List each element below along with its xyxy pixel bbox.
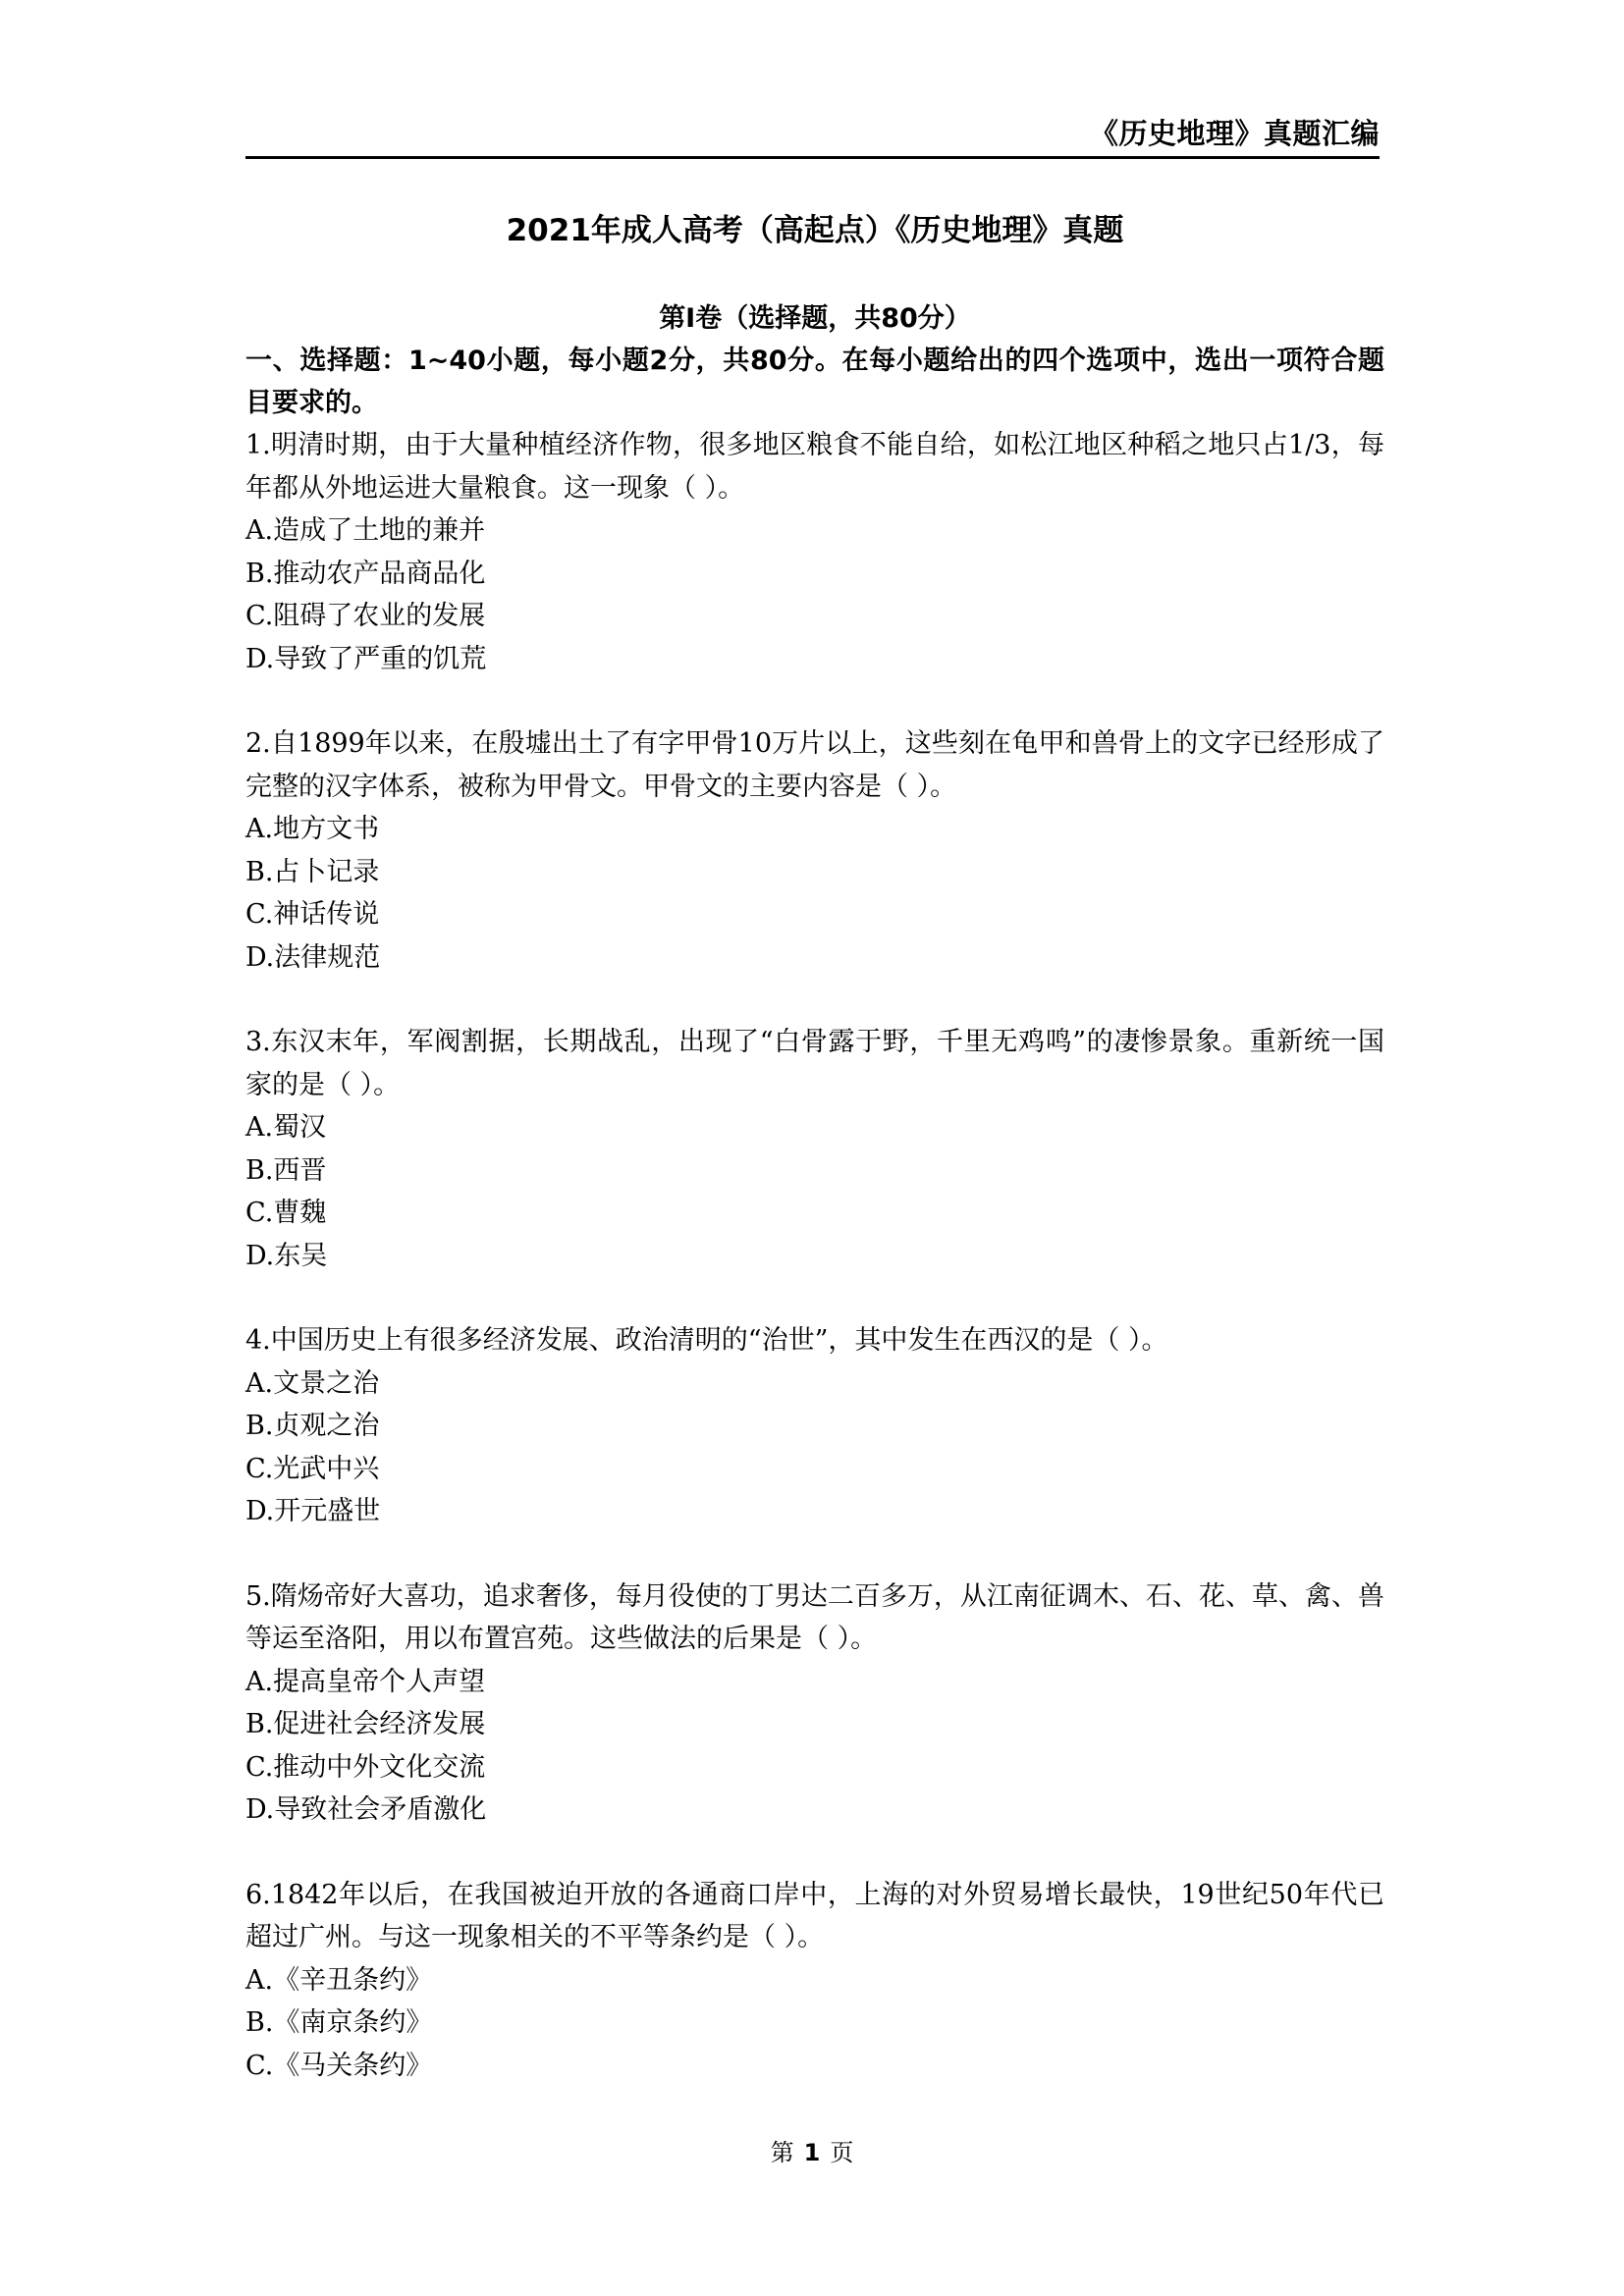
option-b: B.占卜记录 bbox=[245, 851, 1384, 894]
option-a: A.《辛丑条约》 bbox=[245, 1959, 1384, 2002]
option-c: C.光武中兴 bbox=[245, 1448, 1384, 1491]
question-stem: 6.1842年以后，在我国被迫开放的各通商口岸中，上海的对外贸易增长最快，19世… bbox=[245, 1874, 1384, 1959]
document-title: 2021年成人高考（高起点）《历史地理》真题 bbox=[245, 201, 1384, 260]
option-b: B.《南京条约》 bbox=[245, 2002, 1384, 2045]
header-divider bbox=[245, 156, 1380, 159]
option-b: B.西晋 bbox=[245, 1149, 1384, 1193]
question-6: 6.1842年以后，在我国被迫开放的各通商口岸中，上海的对外贸易增长最快，19世… bbox=[245, 1874, 1384, 2088]
page-label-prefix: 第 bbox=[771, 2139, 794, 2166]
option-d: D.开元盛世 bbox=[245, 1490, 1384, 1533]
document-page: 《历史地理》真题汇编 2021年成人高考（高起点）《历史地理》真题 第Ⅰ卷（选择… bbox=[0, 0, 1624, 2296]
option-a: A.造成了土地的兼并 bbox=[245, 509, 1384, 553]
question-stem: 2.自1899年以来，在殷墟出土了有字甲骨10万片以上，这些刻在龟甲和兽骨上的文… bbox=[245, 722, 1384, 808]
option-c: C.推动中外文化交流 bbox=[245, 1746, 1384, 1789]
option-b: B.促进社会经济发展 bbox=[245, 1703, 1384, 1746]
page-number: 1 bbox=[804, 2139, 821, 2166]
running-header: 《历史地理》真题汇编 bbox=[245, 116, 1380, 151]
option-a: A.蜀汉 bbox=[245, 1106, 1384, 1149]
option-c: C.神话传说 bbox=[245, 893, 1384, 936]
option-b: B.推动农产品商品化 bbox=[245, 553, 1384, 596]
section-instructions: 一、选择题：1~40小题，每小题2分，共80分。在每小题给出的四个选项中，选出一… bbox=[245, 340, 1384, 424]
option-a: A.文景之治 bbox=[245, 1362, 1384, 1406]
question-5: 5.隋炀帝好大喜功，追求奢侈，每月役使的丁男达二百多万，从江南征调木、石、花、草… bbox=[245, 1575, 1384, 1832]
page-footer: 第1页 bbox=[0, 2138, 1624, 2167]
question-1: 1.明清时期，由于大量种植经济作物，很多地区粮食不能自给，如松江地区种稻之地只占… bbox=[245, 424, 1384, 680]
question-stem: 5.隋炀帝好大喜功，追求奢侈，每月役使的丁男达二百多万，从江南征调木、石、花、草… bbox=[245, 1575, 1384, 1661]
question-stem: 1.明清时期，由于大量种植经济作物，很多地区粮食不能自给，如松江地区种稻之地只占… bbox=[245, 424, 1384, 509]
option-a: A.地方文书 bbox=[245, 808, 1384, 851]
option-d: D.东吴 bbox=[245, 1235, 1384, 1278]
question-2: 2.自1899年以来，在殷墟出土了有字甲骨10万片以上，这些刻在龟甲和兽骨上的文… bbox=[245, 722, 1384, 979]
option-c: C.《马关条约》 bbox=[245, 2045, 1384, 2088]
option-d: D.导致了严重的饥荒 bbox=[245, 638, 1384, 681]
question-stem: 4.中国历史上有很多经济发展、政治清明的“治世”，其中发生在西汉的是（ ）。 bbox=[245, 1319, 1384, 1362]
section-title: 第Ⅰ卷（选择题，共80分） bbox=[245, 297, 1384, 340]
option-d: D.法律规范 bbox=[245, 936, 1384, 980]
option-b: B.贞观之治 bbox=[245, 1405, 1384, 1448]
question-stem: 3.东汉末年，军阀割据，长期战乱，出现了“白骨露于野，千里无鸡鸣”的凄惨景象。重… bbox=[245, 1021, 1384, 1106]
option-c: C.阻碍了农业的发展 bbox=[245, 595, 1384, 638]
question-4: 4.中国历史上有很多经济发展、政治清明的“治世”，其中发生在西汉的是（ ）。 A… bbox=[245, 1319, 1384, 1533]
document-body: 2021年成人高考（高起点）《历史地理》真题 第Ⅰ卷（选择题，共80分） 一、选… bbox=[245, 201, 1384, 2129]
option-c: C.曹魏 bbox=[245, 1192, 1384, 1235]
question-3: 3.东汉末年，军阀割据，长期战乱，出现了“白骨露于野，千里无鸡鸣”的凄惨景象。重… bbox=[245, 1021, 1384, 1277]
page-label-suffix: 页 bbox=[830, 2139, 853, 2166]
option-d: D.导致社会矛盾激化 bbox=[245, 1789, 1384, 1832]
option-a: A.提高皇帝个人声望 bbox=[245, 1661, 1384, 1704]
